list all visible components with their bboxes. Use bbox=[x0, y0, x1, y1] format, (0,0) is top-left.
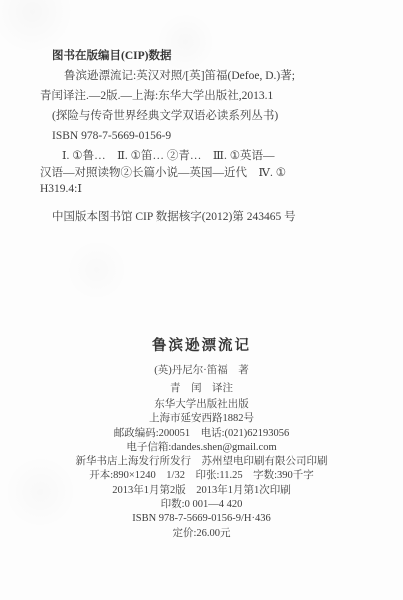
translator-line: 青 闰 译注 bbox=[0, 380, 403, 398]
publisher-address: 上海市延安西路1882号 bbox=[0, 412, 403, 426]
postcode-phone-line: 邮政编码:200051 电话:(021)62193056 bbox=[0, 427, 403, 441]
book-title: 鲁滨逊漂流记 bbox=[0, 334, 403, 355]
cip-record-number: 中国版本图书馆 CIP 数据核字(2012)第 243465 号 bbox=[40, 207, 372, 227]
cip-data-block: 图书在版编目(CIP)数据 鲁滨逊漂流记:英汉对照/[英]笛福(Defoe, D… bbox=[40, 46, 372, 227]
scanned-book-page: 图书在版编目(CIP)数据 鲁滨逊漂流记:英汉对照/[英]笛福(Defoe, D… bbox=[0, 0, 403, 600]
edition-line: 2013年1月第2版 2013年1月第1次印刷 bbox=[0, 484, 403, 498]
print-run-line: 印数:0 001—4 420 bbox=[0, 498, 403, 512]
cip-classification-line-1: Ⅰ. ①鲁… Ⅱ. ①笛… ②青… Ⅲ. ①英语— bbox=[40, 148, 372, 165]
cip-series-note: (探险与传奇世界经典文学双语必读系列丛书) bbox=[40, 106, 372, 126]
cip-entry-line-1: 鲁滨逊漂流记:英汉对照/[英]笛福(Defoe, D.)著; bbox=[40, 66, 372, 86]
cip-isbn: ISBN 978-7-5669-0156-9 bbox=[40, 126, 372, 146]
cip-classification-line-3: H319.4:Ⅰ bbox=[40, 181, 372, 198]
price-line: 定价:26.00元 bbox=[0, 527, 403, 541]
distribution-printing-line: 新华书店上海发行所发行 苏州望电印刷有限公司印刷 bbox=[0, 455, 403, 469]
publisher-line: 东华大学出版社出版 bbox=[0, 398, 403, 412]
isbn-price-code-line: ISBN 978-7-5669-0156-9/H·436 bbox=[0, 512, 403, 526]
cip-classification-line-2: 汉语—对照读物②长篇小说—英国—近代 Ⅳ. ① bbox=[40, 165, 372, 182]
format-line: 开本:890×1240 1/32 印张:11.25 字数:390千字 bbox=[0, 469, 403, 483]
cip-heading: 图书在版编目(CIP)数据 bbox=[40, 46, 372, 66]
email-line: 电子信箱:dandes.shen@gmail.com bbox=[0, 441, 403, 455]
cip-entry-line-2: 青闰译注.—2版.—上海:东华大学出版社,2013.1 bbox=[40, 86, 372, 106]
colophon-block: 鲁滨逊漂流记 (英)丹尼尔·笛福 著 青 闰 译注 东华大学出版社出版 上海市延… bbox=[0, 334, 403, 541]
author-line: (英)丹尼尔·笛福 著 bbox=[0, 362, 403, 380]
cip-classification: Ⅰ. ①鲁… Ⅱ. ①笛… ②青… Ⅲ. ①英语— 汉语—对照读物②长篇小说—英… bbox=[40, 148, 372, 198]
